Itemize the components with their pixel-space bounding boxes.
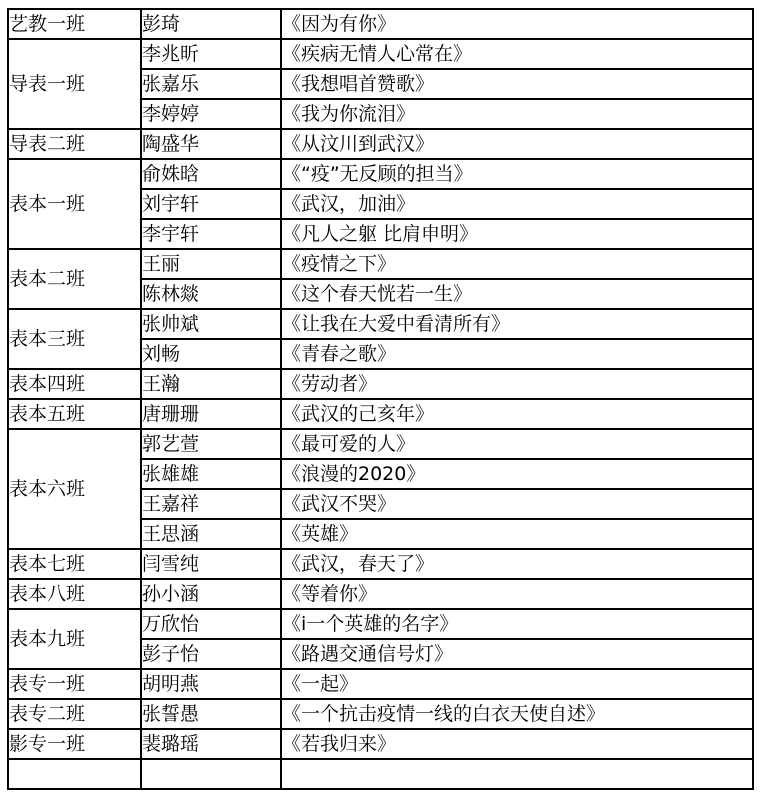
student-name-cell: 唐珊珊: [141, 399, 281, 429]
table-row: 表本二班王丽《疫情之下》: [8, 249, 753, 279]
student-name-cell: 李婷婷: [141, 99, 281, 129]
work-title-cell: 《劳动者》: [281, 369, 753, 399]
table-row: 表专一班胡明燕《一起》: [8, 669, 753, 699]
class-cell: 导表二班: [8, 129, 141, 159]
class-cell: 影专一班: [8, 729, 141, 759]
work-title-cell: [281, 759, 753, 789]
table-row: 表本五班唐珊珊《武汉的己亥年》: [8, 399, 753, 429]
table-row: [8, 759, 753, 789]
work-title-cell: 《武汉不哭》: [281, 489, 753, 519]
work-title-cell: 《这个春天恍若一生》: [281, 279, 753, 309]
work-title-cell: 《疫情之下》: [281, 249, 753, 279]
work-title-cell: 《一个抗击疫情一线的白衣天使自述》: [281, 699, 753, 729]
table-row: 导表二班陶盛华《从汶川到武汉》: [8, 129, 753, 159]
class-cell: 表专一班: [8, 669, 141, 699]
class-cell: 表本三班: [8, 309, 141, 369]
class-cell: 表本一班: [8, 159, 141, 249]
document-page: 艺教一班彭琦《因为有你》导表一班李兆昕《疾病无情人心常在》张嘉乐《我想唱首赞歌》…: [0, 0, 760, 800]
student-name-cell: 张嘉乐: [141, 69, 281, 99]
student-name-cell: 郭艺萱: [141, 429, 281, 459]
student-name-cell: 李宇轩: [141, 219, 281, 249]
work-title-cell: 《若我归来》: [281, 729, 753, 759]
student-name-cell: 俞姝晗: [141, 159, 281, 189]
student-name-cell: 王瀚: [141, 369, 281, 399]
student-name-cell: 陶盛华: [141, 129, 281, 159]
table-row: 影专一班裴璐瑶《若我归来》: [8, 729, 753, 759]
work-title-cell: 《武汉的己亥年》: [281, 399, 753, 429]
class-cell: 表专二班: [8, 699, 141, 729]
student-name-cell: 刘畅: [141, 339, 281, 369]
table-row: 表本六班郭艺萱《最可爱的人》: [8, 429, 753, 459]
work-title-cell: 《从汶川到武汉》: [281, 129, 753, 159]
student-name-cell: [141, 759, 281, 789]
work-title-cell: 《i一个英雄的名字》: [281, 609, 753, 639]
work-title-cell: 《武汉，春天了》: [281, 549, 753, 579]
work-title-cell: 《一起》: [281, 669, 753, 699]
table-row: 表专二班张誓愚《一个抗击疫情一线的白衣天使自述》: [8, 699, 753, 729]
class-cell: 表本四班: [8, 369, 141, 399]
work-title-cell: 《浪漫的2020》: [281, 459, 753, 489]
student-name-cell: 胡明燕: [141, 669, 281, 699]
student-name-cell: 彭子怡: [141, 639, 281, 669]
work-title-cell: 《青春之歌》: [281, 339, 753, 369]
student-name-cell: 张雄雄: [141, 459, 281, 489]
class-cell: 表本五班: [8, 399, 141, 429]
class-cell: 表本八班: [8, 579, 141, 609]
work-title-cell: 《路遇交通信号灯》: [281, 639, 753, 669]
student-name-cell: 张誓愚: [141, 699, 281, 729]
student-name-cell: 闫雪纯: [141, 549, 281, 579]
class-cell: 艺教一班: [8, 9, 141, 39]
work-title-cell: 《最可爱的人》: [281, 429, 753, 459]
work-title-cell: 《“疫”无反顾的担当》: [281, 159, 753, 189]
class-cell: 表本九班: [8, 609, 141, 669]
table-row: 表本一班俞姝晗《“疫”无反顾的担当》: [8, 159, 753, 189]
work-title-cell: 《疾病无情人心常在》: [281, 39, 753, 69]
student-name-cell: 裴璐瑶: [141, 729, 281, 759]
performance-table: 艺教一班彭琦《因为有你》导表一班李兆昕《疾病无情人心常在》张嘉乐《我想唱首赞歌》…: [7, 8, 754, 790]
student-name-cell: 万欣怡: [141, 609, 281, 639]
table-row: 导表一班李兆昕《疾病无情人心常在》: [8, 39, 753, 69]
table-row: 表本九班万欣怡《i一个英雄的名字》: [8, 609, 753, 639]
class-cell: 表本二班: [8, 249, 141, 309]
table-row: 表本四班王瀚《劳动者》: [8, 369, 753, 399]
student-name-cell: 刘宇轩: [141, 189, 281, 219]
student-name-cell: 彭琦: [141, 9, 281, 39]
work-title-cell: 《因为有你》: [281, 9, 753, 39]
table-body: 艺教一班彭琦《因为有你》导表一班李兆昕《疾病无情人心常在》张嘉乐《我想唱首赞歌》…: [8, 9, 753, 789]
student-name-cell: 王思涵: [141, 519, 281, 549]
table-row: 艺教一班彭琦《因为有你》: [8, 9, 753, 39]
work-title-cell: 《凡人之躯 比肩申明》: [281, 219, 753, 249]
work-title-cell: 《武汉，加油》: [281, 189, 753, 219]
student-name-cell: 王丽: [141, 249, 281, 279]
table-row: 表本三班张帅斌《让我在大爱中看清所有》: [8, 309, 753, 339]
student-name-cell: 张帅斌: [141, 309, 281, 339]
work-title-cell: 《让我在大爱中看清所有》: [281, 309, 753, 339]
table-row: 表本七班闫雪纯《武汉，春天了》: [8, 549, 753, 579]
work-title-cell: 《我为你流泪》: [281, 99, 753, 129]
work-title-cell: 《英雄》: [281, 519, 753, 549]
class-cell: 导表一班: [8, 39, 141, 129]
student-name-cell: 孙小涵: [141, 579, 281, 609]
student-name-cell: 王嘉祥: [141, 489, 281, 519]
class-cell: 表本六班: [8, 429, 141, 549]
class-cell: [8, 759, 141, 789]
student-name-cell: 李兆昕: [141, 39, 281, 69]
work-title-cell: 《等着你》: [281, 579, 753, 609]
table-row: 表本八班孙小涵《等着你》: [8, 579, 753, 609]
class-cell: 表本七班: [8, 549, 141, 579]
work-title-cell: 《我想唱首赞歌》: [281, 69, 753, 99]
student-name-cell: 陈林燚: [141, 279, 281, 309]
